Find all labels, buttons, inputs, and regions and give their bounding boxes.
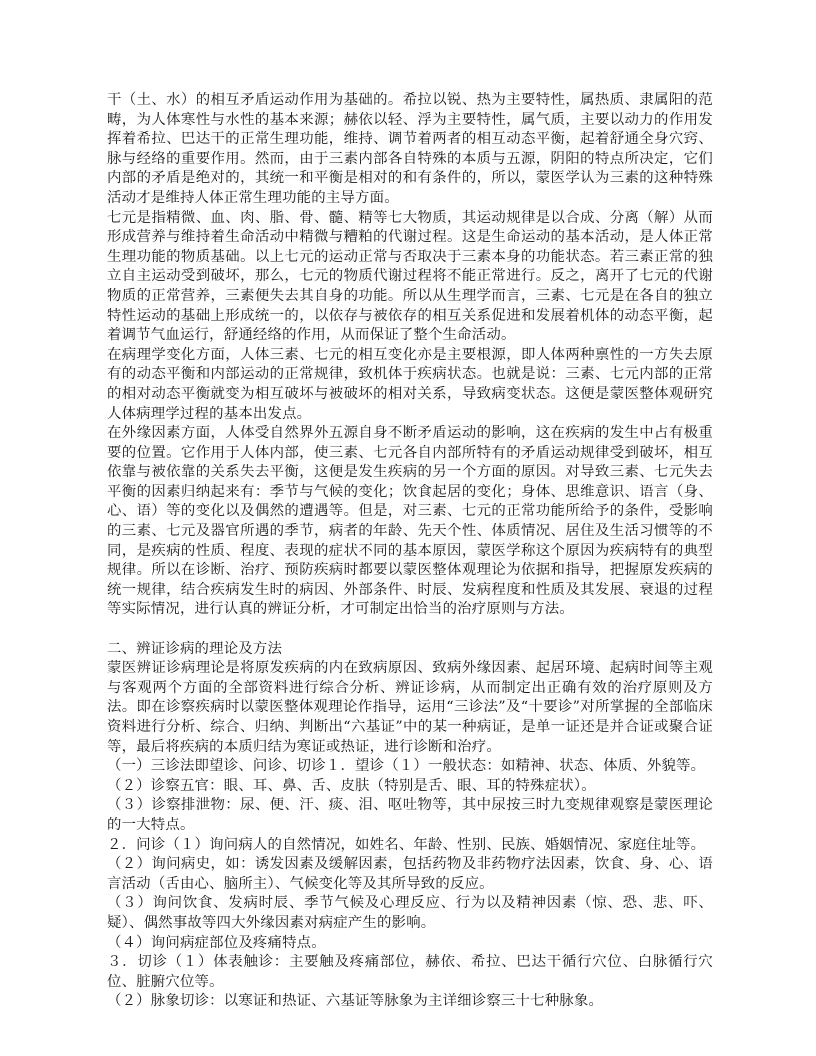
list-item-inquiry-pain-site: （４）询问病症部位及疼痛特点。 bbox=[107, 934, 713, 954]
list-item-inspection-general: （一）三诊法即望诊、问诊、切诊１．望诊（１）一般状态：如精神、状态、体质、外貌等… bbox=[107, 757, 713, 777]
list-item-inspection-excreta: （３）诊察排泄物：尿、便、汗、痰、泪、呕吐物等，其中尿按三时九变规律观察是蒙医理… bbox=[107, 796, 713, 835]
list-item-palpation-body: ３．切诊（１）体表触诊：主要触及疼痛部位，赫依、希拉、巴达干循行穴位、白脉循行穴… bbox=[107, 953, 713, 992]
list-item-inquiry-history: （２）询问病史，如：诱发因素及缓解因素，包括药物及非药物疗法因素，饮食、身、心、… bbox=[107, 855, 713, 894]
list-item-palpation-pulse: （２）脉象切诊：以寒证和热证、六基证等脉象为主详细诊察三十七种脉象。 bbox=[107, 992, 713, 1012]
paragraph-diagnosis-theory: 蒙医辨证诊病理论是将原发疾病的内在致病原因、致病外缘因素、起居环境、起病时间等主… bbox=[107, 659, 713, 757]
paragraph-three-elements-mechanism: 干（土、水）的相互矛盾运动作用为基础的。希拉以锐、热为主要特性，属热质、隶属阳的… bbox=[107, 91, 713, 209]
list-item-inquiry-diet-factors: （３）询问饮食、发病时辰、季节气候及心理反应、行为以及精神因素（惊、恐、悲、吓、… bbox=[107, 894, 713, 933]
paragraph-seven-elements: 七元是指精微、血、肉、脂、骨、髓、精等七大物质，其运动规律是以合成、分离（解）从… bbox=[107, 209, 713, 346]
section-heading: 二、辨证诊病的理论及方法 bbox=[107, 640, 713, 660]
list-item-inspection-facial-features: （２）诊察五官：眼、耳、鼻、舌、皮肤（特别是舌、眼、耳的特殊症状）。 bbox=[107, 777, 713, 797]
paragraph-pathology: 在病理学变化方面，人体三素、七元的相互变化亦是主要根源，即人体两种禀性的一方失去… bbox=[107, 346, 713, 424]
paragraph-external-factors: 在外缘因素方面，人体受自然界外五源自身不断矛盾运动的影响，这在疾病的发生中占有极… bbox=[107, 424, 713, 620]
document-page: 干（土、水）的相互矛盾运动作用为基础的。希拉以锐、热为主要特性，属热质、隶属阳的… bbox=[107, 91, 713, 1012]
blank-line bbox=[107, 620, 713, 640]
list-item-inquiry-basic-info: ２．问诊（１）询问病人的自然情况，如姓名、年龄、性别、民族、婚姻情况、家庭住址等… bbox=[107, 836, 713, 856]
